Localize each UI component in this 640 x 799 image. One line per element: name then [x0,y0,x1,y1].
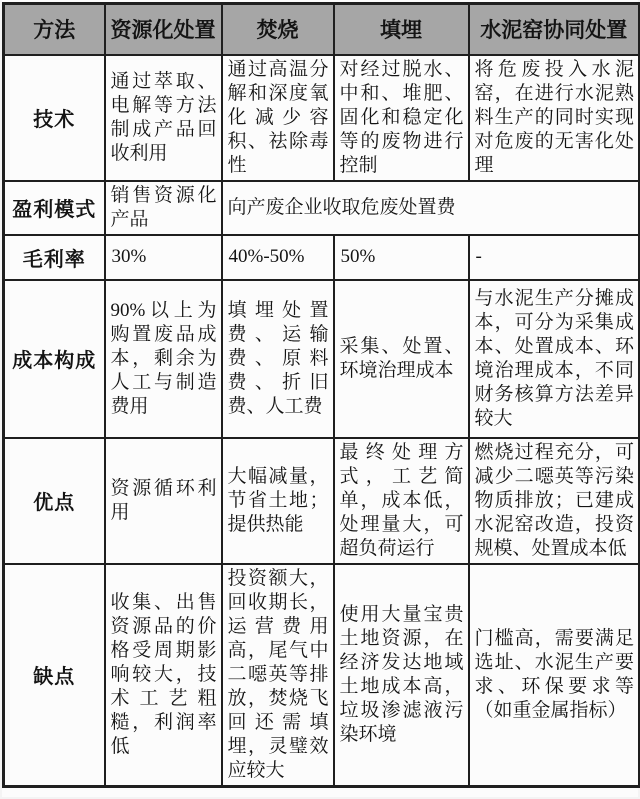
row-label-gross-margin: 毛利率 [4,235,105,280]
cell-technology-landfill: 对经过脱水、中和、堆肥、固化和稳定化等的废物进行控制 [334,55,469,181]
cell-technology-resource: 通过萃取、电解等方法制成产品回收利用 [105,55,222,181]
cell-cost-incineration: 填埋处置费、运输费、原料费、折旧费、人工费 [222,280,334,438]
row-label-disadvantages: 缺点 [4,564,105,787]
cell-margin-resource: 30% [105,235,222,280]
table-header-row: 方法 资源化处置 焚烧 填埋 水泥窑协同处置 [4,4,640,55]
header-cell-incineration: 焚烧 [222,4,334,55]
cell-margin-landfill: 50% [334,235,469,280]
header-cell-resource-disposal: 资源化处置 [105,4,222,55]
header-cell-method: 方法 [4,4,105,55]
cell-cons-resource: 收集、出售资源品的价格受周期影响较大，技术工艺粗糙，利润率低 [105,564,222,787]
cell-cons-cement-kiln: 门槛高，需要满足选址、水泥生产要求、环保要求等（如重金属指标） [469,564,640,787]
row-cost-structure: 成本构成 90%以上为购置废品成本，剩余为人工与制造费用 填埋处置费、运输费、原… [4,280,640,438]
row-disadvantages: 缺点 收集、出售资源品的价格受周期影响较大，技术工艺粗糙，利润率低 投资额大，回… [4,564,640,787]
cell-pros-resource: 资源循环利用 [105,438,222,564]
cell-margin-cement-kiln: - [469,235,640,280]
cell-cost-landfill: 采集、处置、环境治理成本 [334,280,469,438]
cell-pros-landfill: 最终处理方式，工艺简单，成本低，处理量大，可超负荷运行 [334,438,469,564]
header-cell-landfill: 填埋 [334,4,469,55]
cell-profit-resource: 销售资源化产品 [105,181,222,235]
row-label-cost-structure: 成本构成 [4,280,105,438]
row-technology: 技术 通过萃取、电解等方法制成产品回收利用 通过高温分解和深度氧化减少容积、祛除… [4,55,640,181]
comparison-table: 方法 资源化处置 焚烧 填埋 水泥窑协同处置 技术 通过萃取、电解等方法制成产品… [2,2,640,788]
row-label-profit-model: 盈利模式 [4,181,105,235]
header-cell-cement-kiln: 水泥窑协同处置 [469,4,640,55]
cell-cons-landfill: 使用大量宝贵土地资源，在经济发达地域土地成本高，垃圾渗滤液污染环境 [334,564,469,787]
row-label-advantages: 优点 [4,438,105,564]
cell-profit-merged: 向产废企业收取危废处置费 [222,181,640,235]
cell-margin-incineration: 40%-50% [222,235,334,280]
cell-cons-incineration: 投资额大，回收期长，运营费用高，尾气中二噁英等排放，焚烧飞回还需填埋，灵璧效应较… [222,564,334,787]
cell-pros-incineration: 大幅减量，节省土地；提供热能 [222,438,334,564]
cell-technology-cement-kiln: 将危废投入水泥窑，在进行水泥熟料生产的同时实现对危废的无害化处理 [469,55,640,181]
cell-cost-resource: 90%以上为购置废品成本，剩余为人工与制造费用 [105,280,222,438]
row-gross-margin: 毛利率 30% 40%-50% 50% - [4,235,640,280]
row-profit-model: 盈利模式 销售资源化产品 向产废企业收取危废处置费 [4,181,640,235]
row-advantages: 优点 资源循环利用 大幅减量，节省土地；提供热能 最终处理方式，工艺简单，成本低… [4,438,640,564]
row-label-technology: 技术 [4,55,105,181]
page: 方法 资源化处置 焚烧 填埋 水泥窑协同处置 技术 通过萃取、电解等方法制成产品… [2,0,638,797]
cell-cost-cement-kiln: 与水泥生产分摊成本，可分为采集成本、处置成本、环境治理成本，不同财务核算方法差异… [469,280,640,438]
cell-technology-incineration: 通过高温分解和深度氧化减少容积、祛除毒性 [222,55,334,181]
cell-pros-cement-kiln: 燃烧过程充分，可减少二噁英等污染物质排放；已建成水泥窑改造，投资规模、处置成本低 [469,438,640,564]
